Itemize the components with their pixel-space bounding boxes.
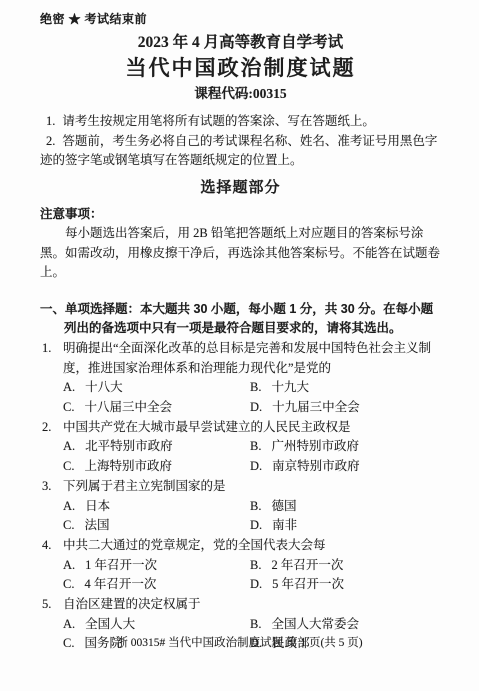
question-list: 1. 明确提出“全面深化改革的总目标是完善和发展中国特色社会主义制度，推进国家治… [40, 339, 441, 654]
question-number: 3. [40, 477, 63, 497]
instruction-text: 答题前，考生务必将自己的考试课程名称、姓名、准考证号用黑色字迹的签字笔或钢笔填写… [40, 134, 437, 168]
option-label: A. [63, 556, 75, 576]
option-text: 广州特别市政府 [271, 437, 359, 457]
option-text: 4 年召开一次 [84, 575, 156, 595]
page-title: 当代中国政治制度试题 [40, 56, 441, 82]
question-number: 1. [40, 339, 63, 378]
question-4: 4. 中共二大通过的党章规定，党的全国代表大会每 A.1 年召开一次 B.2 年… [40, 536, 441, 595]
exam-session-title: 2023 年 4 月高等教育自学考试 [40, 33, 441, 53]
option-b: B.2 年召开一次 [250, 556, 441, 576]
section-heading-text: 单项选择题：本大题共 30 小题，每小题 1 分，共 30 分。在每小题列出的备… [64, 302, 433, 336]
option-a: A.日本 [63, 497, 250, 517]
option-c: C.4 年召开一次 [63, 575, 250, 595]
option-a: A.北平特别市政府 [63, 437, 250, 457]
question-number: 2. [40, 418, 63, 438]
option-b: B.十九大 [250, 378, 441, 398]
option-a: A.全国人大 [63, 615, 250, 635]
page-footer: 浙 00315# 当代中国政治制度试题 第 1 页(共 5 页) [0, 636, 479, 651]
option-label: C. [63, 516, 74, 536]
option-text: 1 年召开一次 [85, 556, 157, 576]
option-text: 日本 [85, 497, 110, 517]
option-text: 十八届三中全会 [84, 398, 172, 418]
option-label: B. [250, 615, 261, 635]
question-text: 明确提出“全面深化改革的总目标是完善和发展中国特色社会主义制度，推进国家治理体系… [63, 339, 441, 378]
question-number: 5. [40, 595, 63, 615]
question-options: A.日本 B.德国 C.法国 D.南非 [40, 497, 441, 536]
question-3: 3. 下列属于君主立宪制国家的是 A.日本 B.德国 C.法国 D.南非 [40, 477, 441, 536]
option-c: C.十八届三中全会 [63, 398, 250, 418]
question-2: 2. 中国共产党在大城市最早尝试建立的人民民主政权是 A.北平特别市政府 B.广… [40, 418, 441, 477]
option-d: D.南非 [250, 516, 441, 536]
option-text: 5 年召开一次 [272, 575, 344, 595]
section-heading-prefix: 一、 [40, 302, 65, 316]
question-text: 下列属于君主立宪制国家的是 [63, 477, 441, 497]
notes-label: 注意事项： [40, 205, 441, 225]
notes-body: 每小题选出答案后，用 2B 铅笔把答题纸上对应题目的答案标号涂黑。如需改动，用橡… [40, 224, 441, 283]
question-number: 4. [40, 536, 63, 556]
option-text: 十九届三中全会 [272, 398, 360, 418]
option-label: B. [250, 497, 261, 517]
option-label: A. [63, 615, 75, 635]
course-code: 课程代码:00315 [40, 85, 441, 103]
option-text: 南京特别市政府 [272, 457, 360, 477]
option-text: 法国 [84, 516, 109, 536]
option-label: B. [250, 437, 261, 457]
question-options: A.1 年召开一次 B.2 年召开一次 C.4 年召开一次 D.5 年召开一次 [40, 556, 441, 595]
question-1: 1. 明确提出“全面深化改革的总目标是完善和发展中国特色社会主义制度，推进国家治… [40, 339, 441, 418]
option-text: 北平特别市政府 [85, 437, 173, 457]
option-text: 全国人大 [85, 615, 135, 635]
option-text: 十八大 [85, 378, 123, 398]
question-options: A.十八大 B.十九大 C.十八届三中全会 D.十九届三中全会 [40, 378, 441, 417]
instruction-text: 请考生按规定用笔将所有试题的答案涂、写在答题纸上。 [62, 114, 375, 128]
instructions: 1.请考生按规定用笔将所有试题的答案涂、写在答题纸上。 2.答题前，考生务必将自… [40, 112, 441, 171]
option-text: 十九大 [271, 378, 309, 398]
option-a: A.十八大 [63, 378, 250, 398]
option-label: D. [250, 457, 262, 477]
option-text: 上海特别市政府 [84, 457, 172, 477]
question-options: A.北平特别市政府 B.广州特别市政府 C.上海特别市政府 D.南京特别市政府 [40, 437, 441, 476]
option-label: C. [63, 575, 74, 595]
instruction-number: 2. [40, 134, 55, 148]
option-label: C. [63, 457, 74, 477]
option-text: 德国 [271, 497, 296, 517]
option-b: B.全国人大常委会 [250, 615, 441, 635]
section-heading: 一、单项选择题：本大题共 30 小题，每小题 1 分，共 30 分。在每小题列出… [40, 300, 441, 339]
question-text: 自治区建置的决定权属于 [63, 595, 441, 615]
option-label: A. [63, 437, 75, 457]
option-text: 2 年召开一次 [271, 556, 343, 576]
option-label: D. [250, 516, 262, 536]
instruction-item: 1.请考生按规定用笔将所有试题的答案涂、写在答题纸上。 [40, 112, 441, 132]
option-label: A. [63, 497, 75, 517]
question-text: 中国共产党在大城市最早尝试建立的人民民主政权是 [63, 418, 441, 438]
option-a: A.1 年召开一次 [63, 556, 250, 576]
option-label: B. [250, 556, 261, 576]
exam-paper-page: 绝密 ★ 考试结束前 2023 年 4 月高等教育自学考试 当代中国政治制度试题… [0, 0, 479, 691]
option-label: C. [63, 398, 74, 418]
instruction-number: 1. [40, 114, 55, 128]
option-label: A. [63, 378, 75, 398]
option-b: B.德国 [250, 497, 441, 517]
section-part-title: 选择题部分 [40, 179, 441, 197]
option-text: 南非 [272, 516, 297, 536]
option-text: 全国人大常委会 [271, 615, 359, 635]
option-label: D. [250, 575, 262, 595]
option-b: B.广州特别市政府 [250, 437, 441, 457]
option-d: D.南京特别市政府 [250, 457, 441, 477]
question-text: 中共二大通过的党章规定，党的全国代表大会每 [63, 536, 441, 556]
option-label: D. [250, 398, 262, 418]
classified-banner: 绝密 ★ 考试结束前 [40, 0, 441, 26]
instruction-item: 2.答题前，考生务必将自己的考试课程名称、姓名、准考证号用黑色字迹的签字笔或钢笔… [40, 132, 441, 171]
option-d: D.5 年召开一次 [250, 575, 441, 595]
option-c: C.上海特别市政府 [63, 457, 250, 477]
option-label: B. [250, 378, 261, 398]
option-c: C.法国 [63, 516, 250, 536]
option-d: D.十九届三中全会 [250, 398, 441, 418]
